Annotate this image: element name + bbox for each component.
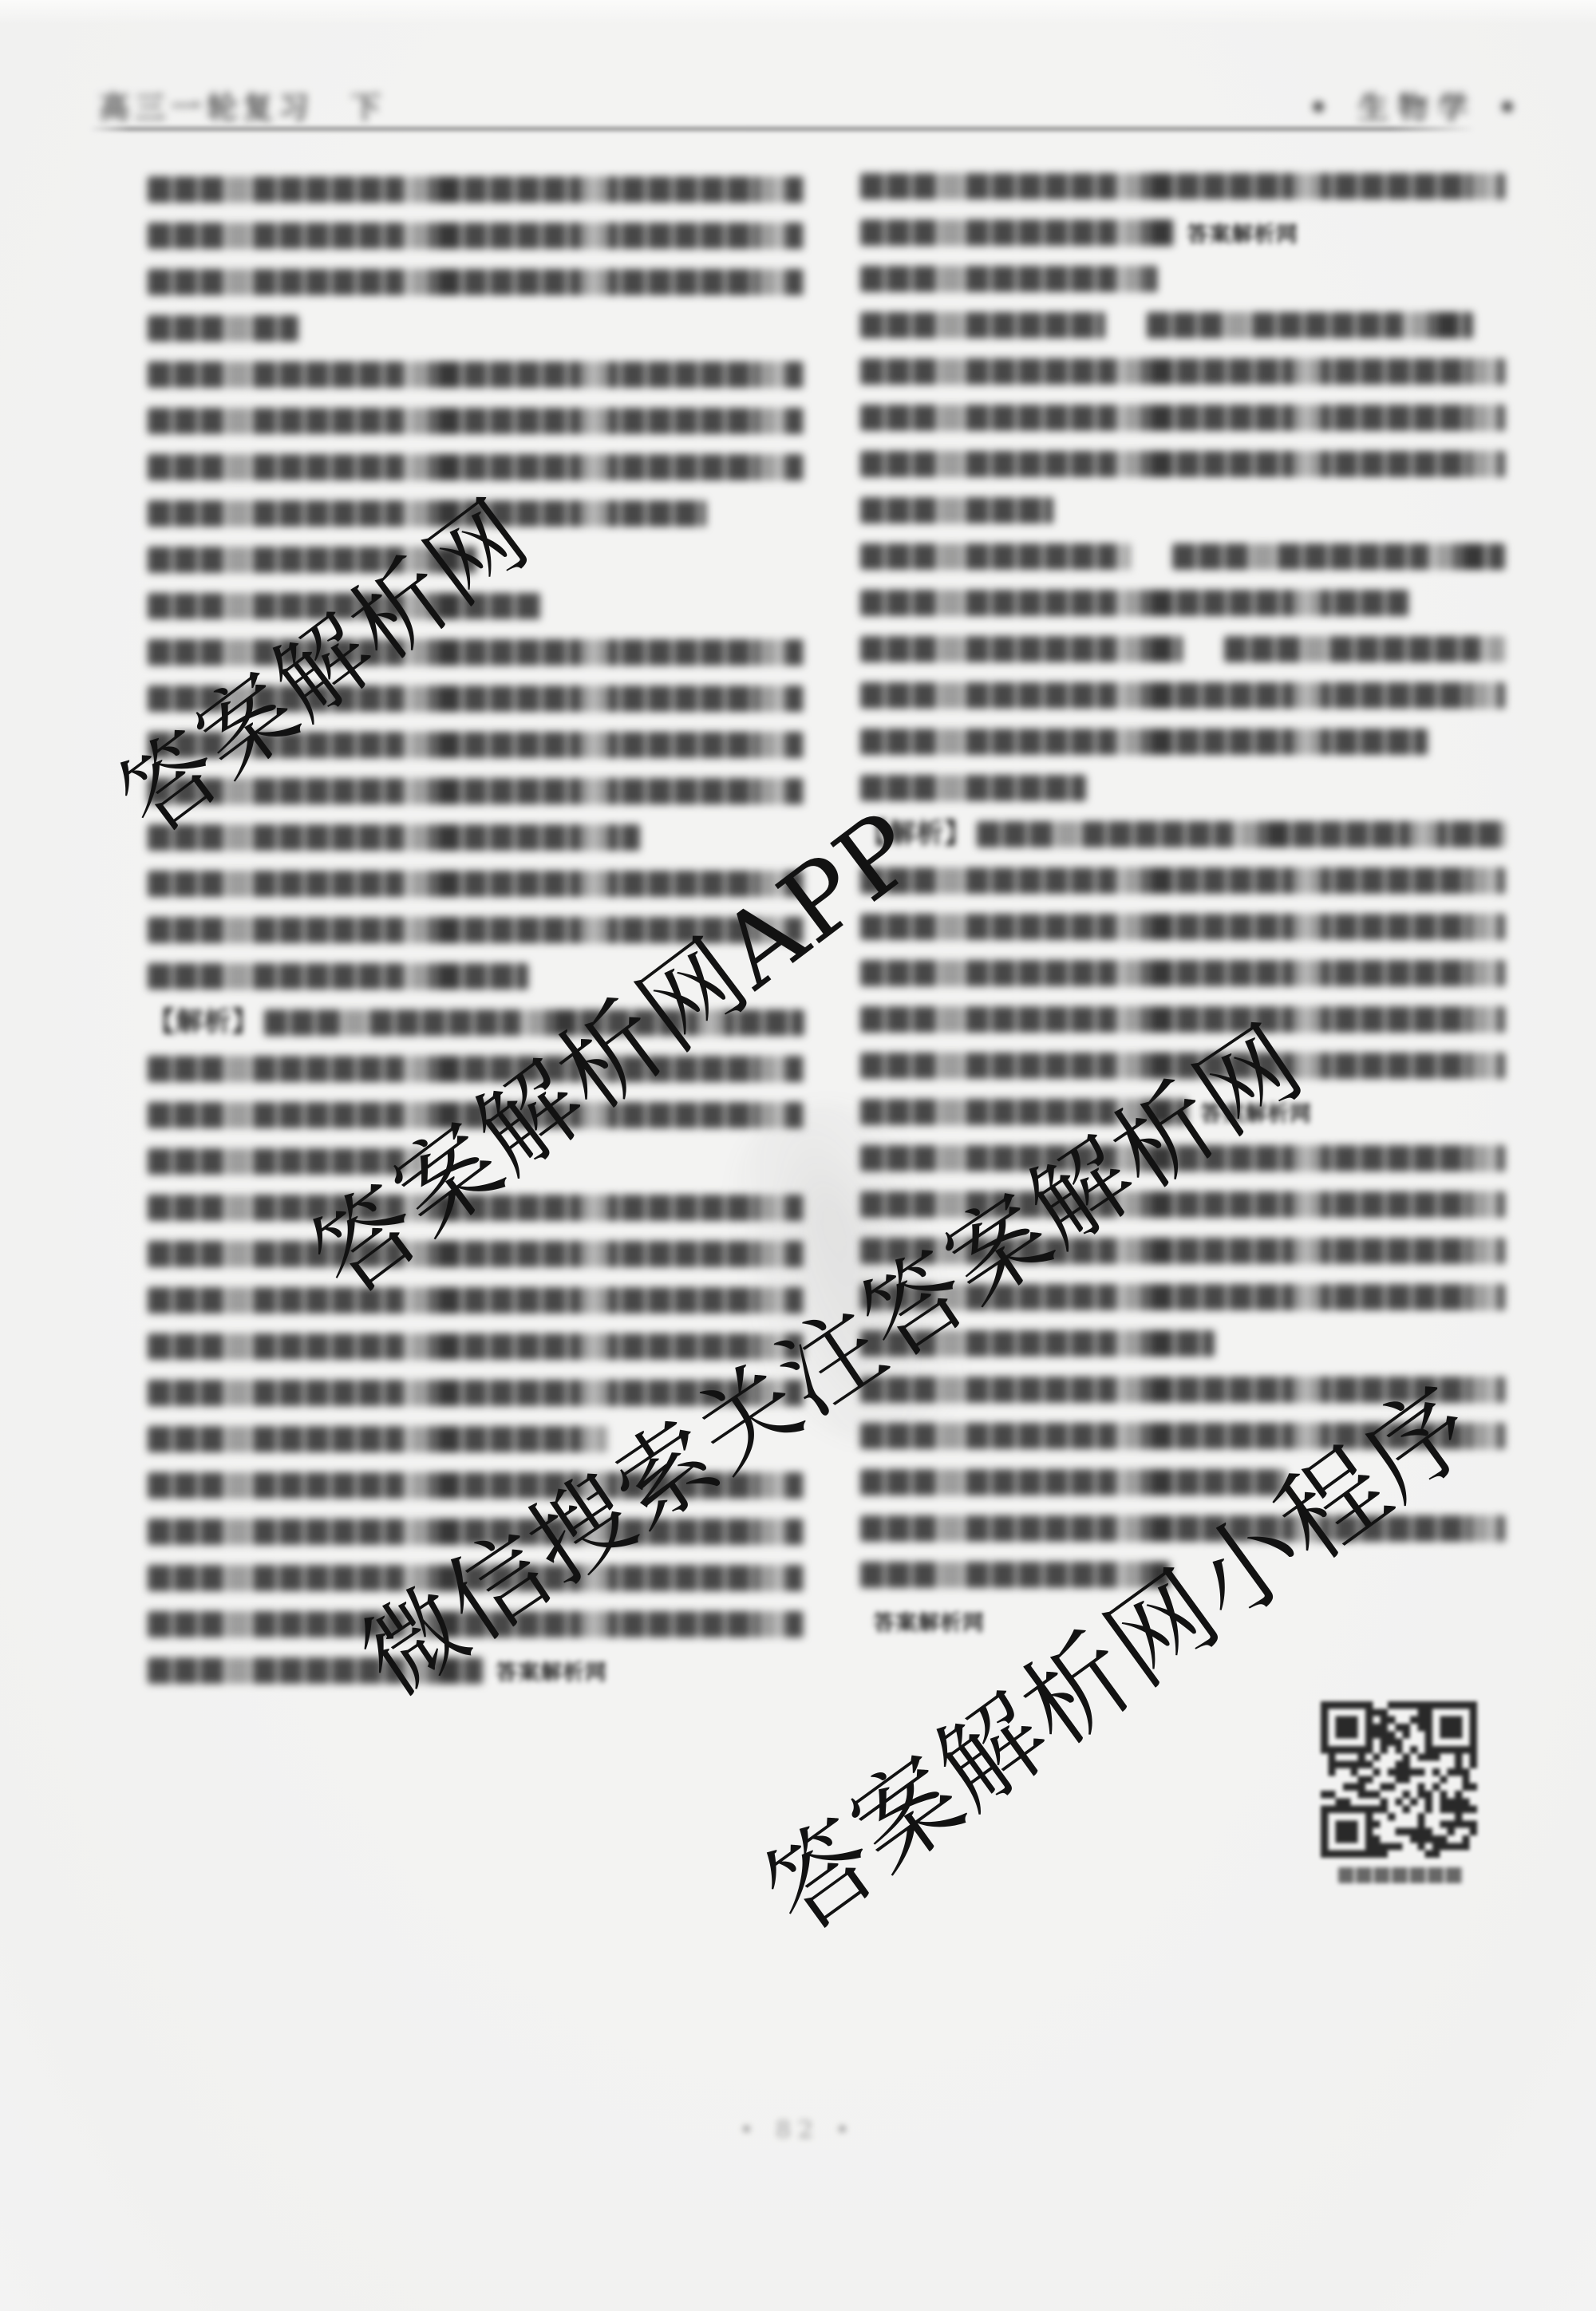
text-line [860, 635, 1505, 663]
text-line [860, 774, 1086, 802]
blurred-text-strip [860, 543, 1131, 570]
text-line [860, 867, 1505, 895]
blurred-text-strip [860, 497, 1053, 523]
text-line [148, 407, 804, 435]
brand-stamp: 答案解析网 [496, 1655, 607, 1686]
blurred-text-strip [860, 682, 1505, 709]
blurred-text-strip [977, 821, 1505, 847]
blurred-text-strip [148, 269, 804, 295]
text-line [148, 962, 528, 990]
text-line [860, 404, 1505, 432]
text-line [148, 1240, 804, 1268]
text-line [148, 824, 640, 851]
text-line [148, 222, 804, 250]
qr-code [1321, 1701, 1477, 1858]
page-number: • 82 • [702, 2116, 894, 2144]
text-line [860, 959, 1505, 987]
text-line [860, 681, 1505, 709]
blurred-text-strip [1224, 636, 1505, 662]
blurred-text-strip [148, 963, 528, 990]
blurred-text-strip [860, 914, 1505, 940]
analysis-bold-marker: 【解析】 [148, 1009, 259, 1037]
blurred-text-strip [148, 176, 804, 203]
text-line [148, 268, 804, 296]
text-line [860, 589, 1408, 617]
blurred-text-strip [860, 636, 1183, 662]
blurred-text-strip [148, 315, 298, 342]
text-line [860, 450, 1505, 478]
text-line [148, 176, 804, 203]
blurred-text-strip [860, 173, 1505, 199]
brand-stamp: 答案解析网 [873, 1606, 985, 1637]
page-top-margin [0, 0, 1596, 24]
blurred-text-strip [1172, 543, 1505, 570]
blurred-text-strip [860, 729, 1428, 755]
text-line: 答案解析网 [860, 1607, 963, 1635]
page: 高三一轮复习 下 • 生物学 • 【解析】答案解析网 答案解析网【解析】答案解析… [0, 0, 1596, 2311]
text-line [860, 543, 1505, 571]
blurred-text-strip [860, 358, 1505, 385]
blurred-text-strip [148, 1287, 804, 1314]
blurred-text-strip [148, 824, 640, 851]
text-line: 答案解析网 [860, 219, 1298, 247]
brand-stamp: 答案解析网 [1187, 217, 1298, 248]
blurred-text-strip [148, 223, 804, 249]
header-subject-label: • 生物学 • [1309, 83, 1527, 127]
text-line [860, 358, 1505, 385]
text-line [860, 265, 1157, 293]
blurred-text-strip [860, 451, 1505, 477]
qr-caption [1338, 1867, 1463, 1883]
text-line [860, 496, 1053, 524]
blurred-text-strip [860, 219, 1174, 246]
blurred-text-strip [860, 867, 1505, 894]
text-line [860, 311, 1473, 339]
text-line: 【解析】 [860, 820, 1505, 848]
blurred-text-strip [860, 405, 1505, 431]
text-line [860, 728, 1428, 756]
text-line [860, 913, 1505, 941]
text-line [148, 314, 298, 342]
blurred-text-strip [148, 1426, 607, 1452]
blurred-text-strip [1147, 312, 1473, 338]
blurred-text-strip [860, 312, 1105, 338]
text-line [860, 172, 1505, 200]
blurred-text-strip [148, 408, 804, 434]
blurred-text-strip [860, 960, 1505, 986]
header-rule [89, 126, 1475, 132]
text-line [148, 1425, 607, 1453]
header-title: 高三一轮复习 下 [99, 83, 386, 127]
text-line [148, 361, 804, 389]
blurred-text-strip [860, 590, 1408, 616]
blurred-text-strip [148, 361, 804, 388]
blurred-text-strip [148, 1241, 804, 1267]
blurred-text-strip [860, 266, 1157, 292]
text-line [148, 1286, 804, 1314]
blurred-text-strip [860, 775, 1086, 801]
